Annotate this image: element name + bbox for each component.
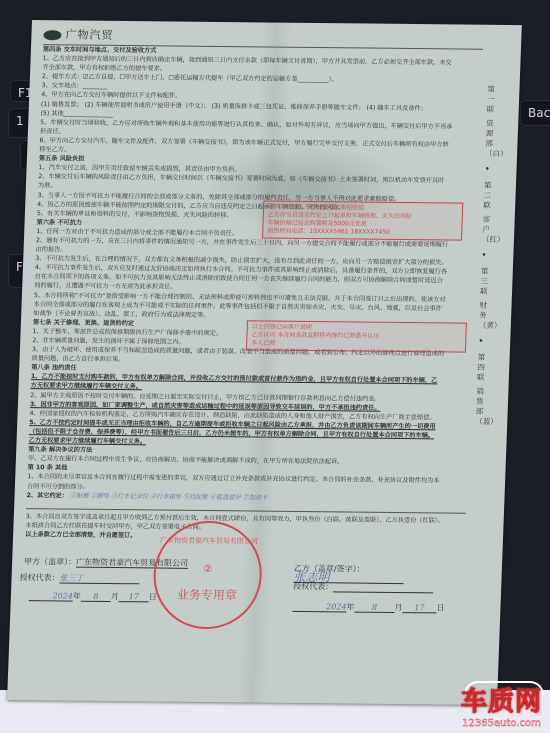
party-b-rep: 授权代表： [293,582,433,594]
sales-stamp-box: 另一方当事人不得对此要求索赔赔偿乙方应当自违反约定之日起承担车辆毁损、灭失的风险… [262,200,463,240]
copy-dept: 销售部（蓝） [475,387,490,427]
contract-sections: 第四条 交车时间与地点、交付及验收方式1、乙方应在接到甲方通知后的三日内到店确定… [27,45,483,495]
signature-area: 甲方（盖章）：广东物资君豪汽车贸易有限公司 授权代表：张三丁 2024年8月17… [22,539,465,634]
watermark-title: 车质网 [461,681,542,718]
brand-name: 广物汽贸 [65,31,113,41]
copy-label: 第三联 [480,267,495,297]
copy-label: 第二联 [483,181,498,211]
copy-label: 第一联 [487,85,502,115]
party-b-date: 2024年8月17日 [292,602,444,614]
copy-label: 第四联 [477,353,492,383]
brand-logo-icon [43,30,61,40]
watermark: 车质网 12365auto.com [461,681,542,729]
stamp-line: 本人已阅 [251,339,461,349]
copy-dept: 资源部（白） [485,119,500,159]
acknowledgement-stamp-box: 以上内容已向客户说明乙方认可 本合同条款及附件内容均已知悉并认可本人已阅 [246,320,467,352]
copy-dept: 客户（红） [482,215,497,245]
stamp-line: 销售顾问电话：13XXXX5961 18XXXX7450 [267,228,457,238]
company-seal: 广东物资君豪汽车贸易有限公司 ② 业务专用章 [152,520,264,629]
party-a-date: 2024年8月17日 [29,591,157,602]
contract-paper: 广物汽贸 第四条 交车时间与地点、交付及验收方式1、乙方应在接到甲方通知后的三日… [7,20,522,705]
key-backspace: Back [520,100,550,126]
watermark-url: 12365auto.com [461,718,542,729]
party-a-rep: 授权代表：张三丁 [19,573,139,584]
copy-dept: 财务（黄） [479,301,494,331]
